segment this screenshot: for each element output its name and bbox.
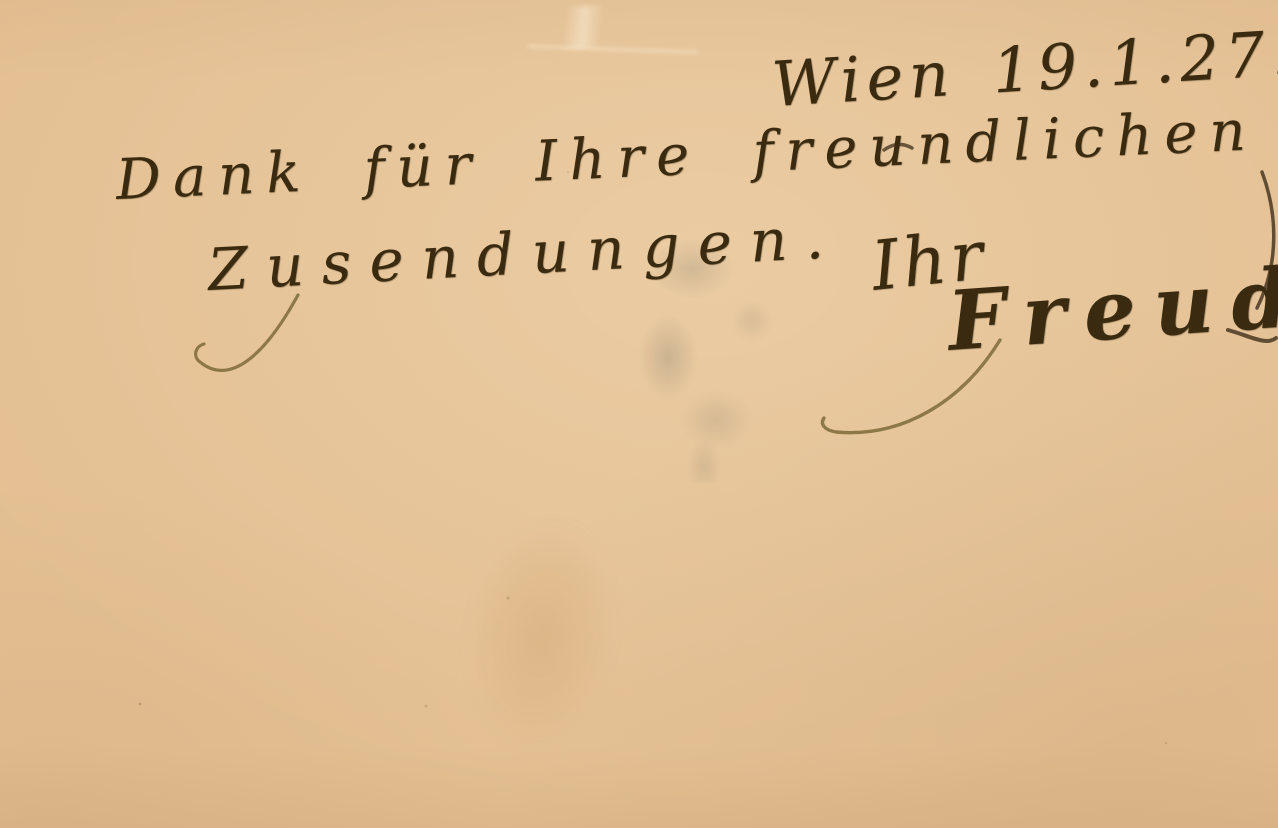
handwritten-postcard: Wien 19.1.27. Dank für Ihre freundlichen… — [0, 0, 1278, 828]
z-descender-flourish — [196, 295, 298, 370]
handwriting-body-line: Dank für Ihre freundlichen — [115, 98, 1259, 213]
handwriting-signature: Freud — [945, 249, 1278, 370]
paper-crease — [528, 39, 698, 59]
paper-stain — [448, 506, 633, 763]
